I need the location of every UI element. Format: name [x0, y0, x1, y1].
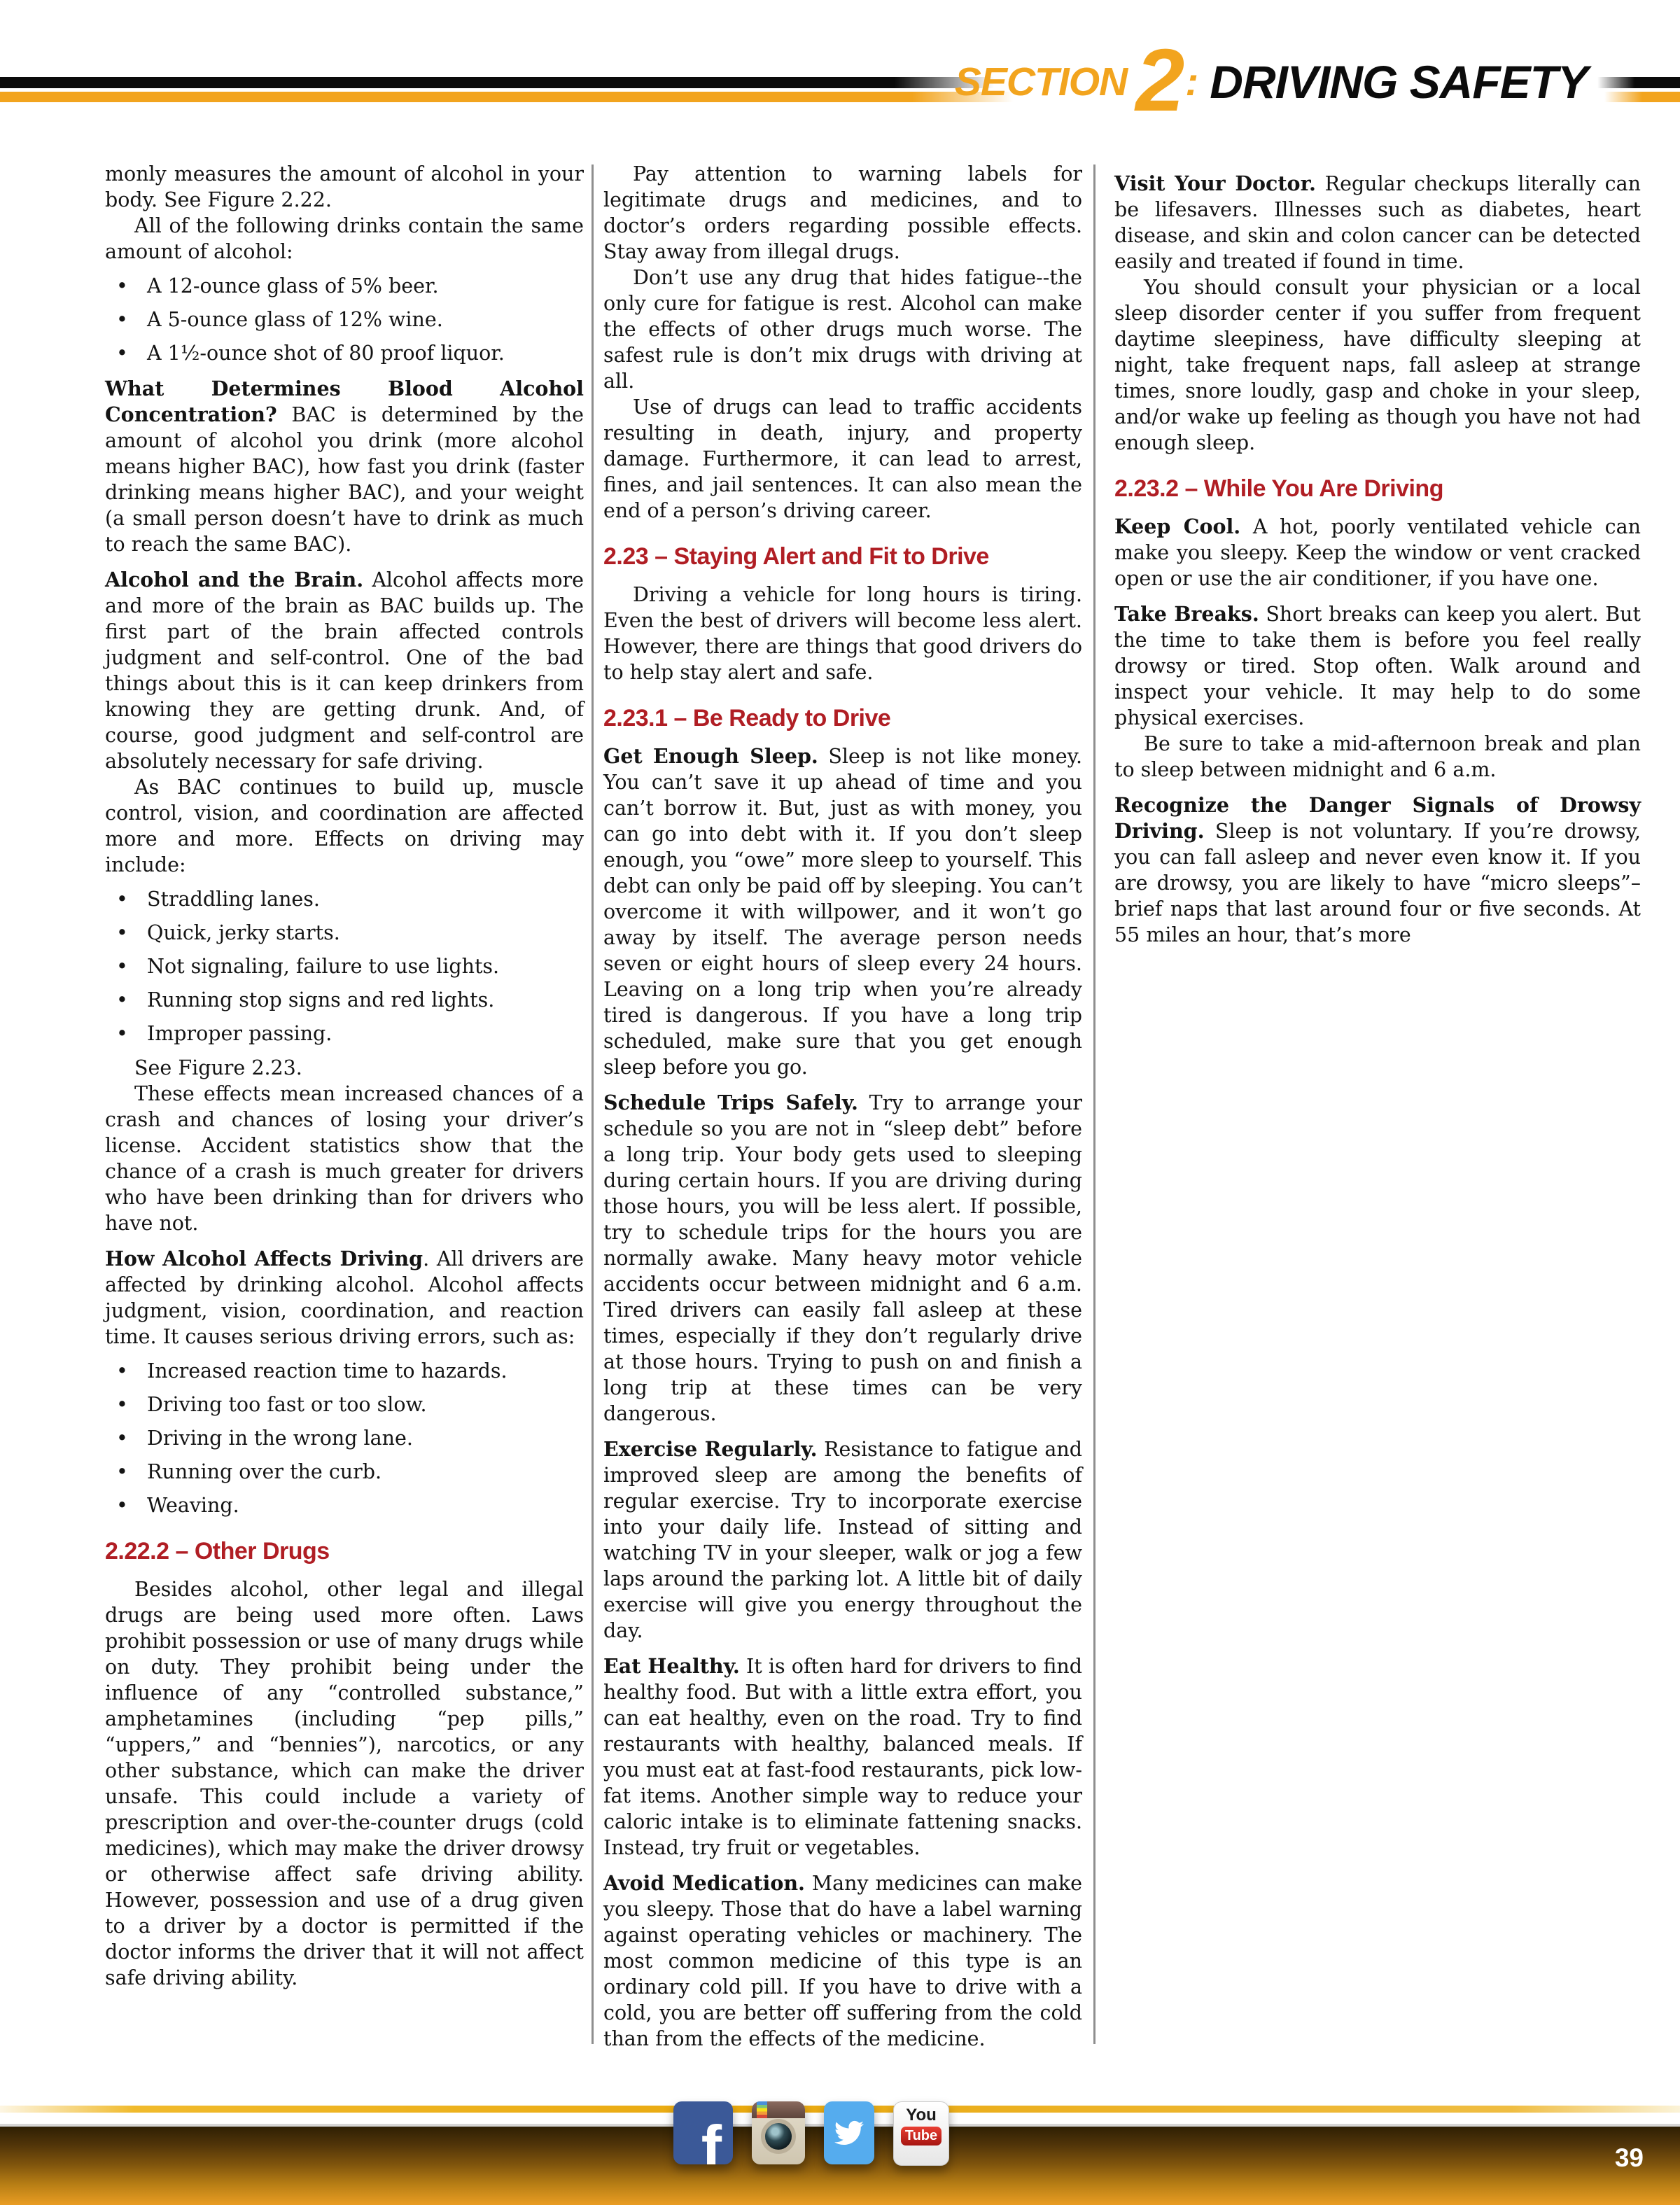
lead-paragraph: Schedule Trips Safely. Try to arrange yo…	[603, 1090, 1082, 1427]
section-heading: 2.23 – Staying Alert and Fit to Drive	[603, 543, 1082, 570]
paragraph-lead: Exercise Regularly.	[603, 1437, 818, 1461]
section-heading: 2.23.2 – While You Are Driving	[1114, 475, 1641, 503]
twitter-bird-icon	[832, 2118, 866, 2148]
bullet-item: Driving in the wrong lane.	[105, 1425, 584, 1451]
header-stripe-black-right	[1597, 77, 1680, 88]
youtube-tube-label: Tube	[901, 2127, 941, 2145]
paragraph: As BAC continues to build up, muscle con…	[105, 774, 584, 878]
header-stripe-orange-right	[1604, 92, 1680, 102]
youtube-you-label: You	[894, 2107, 948, 2124]
lead-paragraph: Alcohol and the Brain. Alcohol affects m…	[105, 567, 584, 774]
paragraph: monly measures the amount of alcohol in …	[105, 161, 584, 213]
paragraph: All of the following drinks contain the …	[105, 213, 584, 265]
instagram-rainbow-stripe	[757, 2101, 767, 2118]
lead-paragraph: Keep Cool. A hot, poorly ventilated vehi…	[1114, 514, 1641, 591]
instagram-camera-lens	[761, 2119, 796, 2154]
manual-page: SECTION 2 : DRIVING SAFETY monly measure…	[0, 0, 1680, 2205]
section-colon: :	[1185, 62, 1198, 109]
paragraph-lead: How Alcohol Affects Driving	[105, 1247, 423, 1270]
paragraph-lead: Take Breaks.	[1114, 602, 1259, 626]
lead-paragraph: Get Enough Sleep. Sleep is not like mone…	[603, 743, 1082, 1080]
paragraph-lead: Visit Your Doctor.	[1114, 171, 1316, 195]
section-name: DRIVING SAFETY	[1210, 59, 1588, 109]
paragraph: Besides alcohol, other legal and illegal…	[105, 1576, 584, 1991]
paragraph-lead: Keep Cool.	[1114, 514, 1240, 538]
paragraph-lead: Get Enough Sleep.	[603, 744, 818, 768]
paragraph: These effects mean increased chances of …	[105, 1081, 584, 1236]
column-left: monly measures the amount of alcohol in …	[105, 161, 584, 1991]
lead-paragraph: How Alcohol Affects Driving. All drivers…	[105, 1246, 584, 1350]
paragraph-lead: Recognize the Danger Signals of Drowsy D…	[1114, 793, 1641, 843]
lead-paragraph: Recognize the Danger Signals of Drowsy D…	[1114, 792, 1641, 948]
section-word: SECTION	[955, 62, 1127, 109]
paragraph: Use of drugs can lead to traffic acciden…	[603, 394, 1082, 524]
paragraph: Be sure to take a mid-afternoon break an…	[1114, 731, 1641, 783]
bullet-item: A 12-ounce glass of 5% beer.	[105, 273, 584, 299]
twitter-icon[interactable]	[824, 2101, 874, 2164]
paragraph: You should consult your physician or a l…	[1114, 274, 1641, 456]
lead-paragraph: What Determines Blood Alcohol Concentrat…	[105, 376, 584, 557]
bullet-list: Increased reaction time to hazards.Drivi…	[105, 1358, 584, 1518]
bullet-item: Not signaling, failure to use lights.	[105, 953, 584, 979]
lead-paragraph: Eat Healthy. It is often hard for driver…	[603, 1653, 1082, 1861]
column-divider-left	[591, 164, 594, 2044]
column-right: Visit Your Doctor. Regular checkups lite…	[1114, 161, 1641, 948]
section-number: 2	[1135, 46, 1184, 115]
paragraph-lead: What Determines Blood Alcohol Concentrat…	[105, 377, 584, 426]
section-heading: 2.22.2 – Other Drugs	[105, 1538, 584, 1565]
bullet-item: Driving too fast or too slow.	[105, 1392, 584, 1417]
lead-paragraph: Exercise Regularly. Resistance to fatigu…	[603, 1436, 1082, 1644]
bullet-item: Quick, jerky starts.	[105, 920, 584, 946]
bullet-item: A 5-ounce glass of 12% wine.	[105, 307, 584, 332]
bullet-item: Running stop signs and red lights.	[105, 987, 584, 1013]
bullet-item: A 1½-ounce shot of 80 proof liquor.	[105, 340, 584, 366]
bullet-list: A 12-ounce glass of 5% beer.A 5-ounce gl…	[105, 273, 584, 366]
paragraph: Don’t use any drug that hides fatigue--t…	[603, 265, 1082, 394]
lead-paragraph: Visit Your Doctor. Regular checkups lite…	[1114, 171, 1641, 274]
paragraph: See Figure 2.23.	[105, 1055, 584, 1081]
paragraph-lead: Eat Healthy.	[603, 1654, 740, 1678]
section-heading: 2.23.1 – Be Ready to Drive	[603, 705, 1082, 732]
page-number: 39	[1615, 2145, 1644, 2171]
bullet-list: Straddling lanes.Quick, jerky starts.Not…	[105, 886, 584, 1046]
header-stripe-orange-left	[0, 92, 1014, 102]
youtube-icon[interactable]: You Tube	[893, 2101, 949, 2166]
lead-paragraph: Take Breaks. Short breaks can keep you a…	[1114, 601, 1641, 731]
lead-paragraph: Avoid Medication. Many medicines can mak…	[603, 1870, 1082, 2052]
paragraph: Pay attention to warning labels for legi…	[603, 161, 1082, 265]
column-middle: Pay attention to warning labels for legi…	[603, 161, 1082, 2052]
paragraph-lead: Alcohol and the Brain.	[105, 568, 363, 591]
facebook-icon[interactable]: f	[673, 2101, 733, 2164]
paragraph-lead: Avoid Medication.	[603, 1871, 805, 1895]
bullet-item: Increased reaction time to hazards.	[105, 1358, 584, 1384]
header-stripe-black-left	[0, 77, 994, 88]
paragraph: Driving a vehicle for long hours is tiri…	[603, 582, 1082, 685]
column-divider-right	[1093, 164, 1095, 2044]
paragraph-lead: Schedule Trips Safely.	[603, 1091, 858, 1114]
instagram-icon[interactable]	[752, 2101, 805, 2164]
section-title: SECTION 2 : DRIVING SAFETY	[955, 31, 1588, 109]
bullet-item: Running over the curb.	[105, 1459, 584, 1485]
social-icons: f You Tube	[673, 2101, 949, 2166]
bullet-item: Straddling lanes.	[105, 886, 584, 912]
bullet-item: Improper passing.	[105, 1021, 584, 1046]
facebook-letter: f	[701, 2117, 722, 2164]
bullet-item: Weaving.	[105, 1492, 584, 1518]
